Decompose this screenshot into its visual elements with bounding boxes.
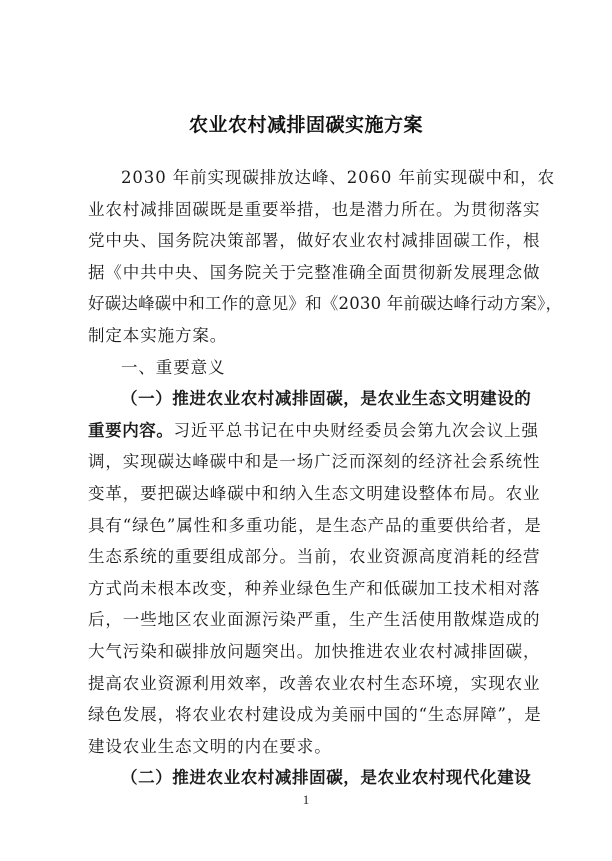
subsection-heading: （二）推进农业农村减排固碳，是农业农村现代化建设	[88, 762, 522, 794]
document-title: 农业农村减排固碳实施方案	[0, 110, 612, 137]
paragraph-line: 业农村减排固碳既是重要举措，也是潜力所在。为贯彻落实	[88, 194, 522, 226]
document-page: 农业农村减排固碳实施方案 2030 年前实现碳排放达峰、2060 年前实现碳中和…	[0, 0, 612, 861]
paragraph-line: 建设农业生态文明的内在要求。	[88, 731, 522, 763]
subsection-heading-tail: 重要内容。	[88, 421, 174, 440]
paragraph-line: 据《中共中央、国务院关于完整准确全面贯彻新发展理念做	[88, 257, 522, 289]
paragraph-line: 调，实现碳达峰碳中和是一场广泛而深刻的经济社会系统性	[88, 446, 522, 478]
paragraph-line: 好碳达峰碳中和工作的意见》和《2030 年前碳达峰行动方案》，	[88, 288, 522, 320]
document-body: 2030 年前实现碳排放达峰、2060 年前实现碳中和，农 业农村减排固碳既是重…	[88, 162, 522, 794]
paragraph-line: 重要内容。习近平总书记在中央财经委员会第九次会议上强	[88, 415, 522, 447]
paragraph-line: 方式尚未根本改变，种养业绿色生产和低碳加工技术相对落	[88, 573, 522, 605]
subsection-heading: （一）推进农业农村减排固碳，是农业生态文明建设的	[88, 383, 522, 415]
paragraph-line: 制定本实施方案。	[88, 320, 522, 352]
paragraph-line: 2030 年前实现碳排放达峰、2060 年前实现碳中和，农	[88, 162, 522, 194]
paragraph-line: 提高农业资源利用效率，改善农业农村生态环境，实现农业	[88, 668, 522, 700]
page-number: 1	[0, 792, 612, 808]
paragraph-line: 具有“绿色”属性和多重功能，是生态产品的重要供给者，是	[88, 510, 522, 542]
paragraph-line: 变革，要把碳达峰碳中和纳入生态文明建设整体布局。农业	[88, 478, 522, 510]
section-heading: 一、重要意义	[88, 352, 522, 384]
paragraph-line: 党中央、国务院决策部署，做好农业农村减排固碳工作，根	[88, 225, 522, 257]
paragraph-line: 生态系统的重要组成部分。当前，农业资源高度消耗的经营	[88, 541, 522, 573]
paragraph-line: 后，一些地区农业面源污染严重，生产生活使用散煤造成的	[88, 604, 522, 636]
paragraph-text: 习近平总书记在中央财经委员会第九次会议上强	[174, 421, 539, 440]
paragraph-line: 大气污染和碳排放问题突出。加快推进农业农村减排固碳，	[88, 636, 522, 668]
paragraph-line: 绿色发展，将农业农村建设成为美丽中国的“生态屏障”，是	[88, 699, 522, 731]
